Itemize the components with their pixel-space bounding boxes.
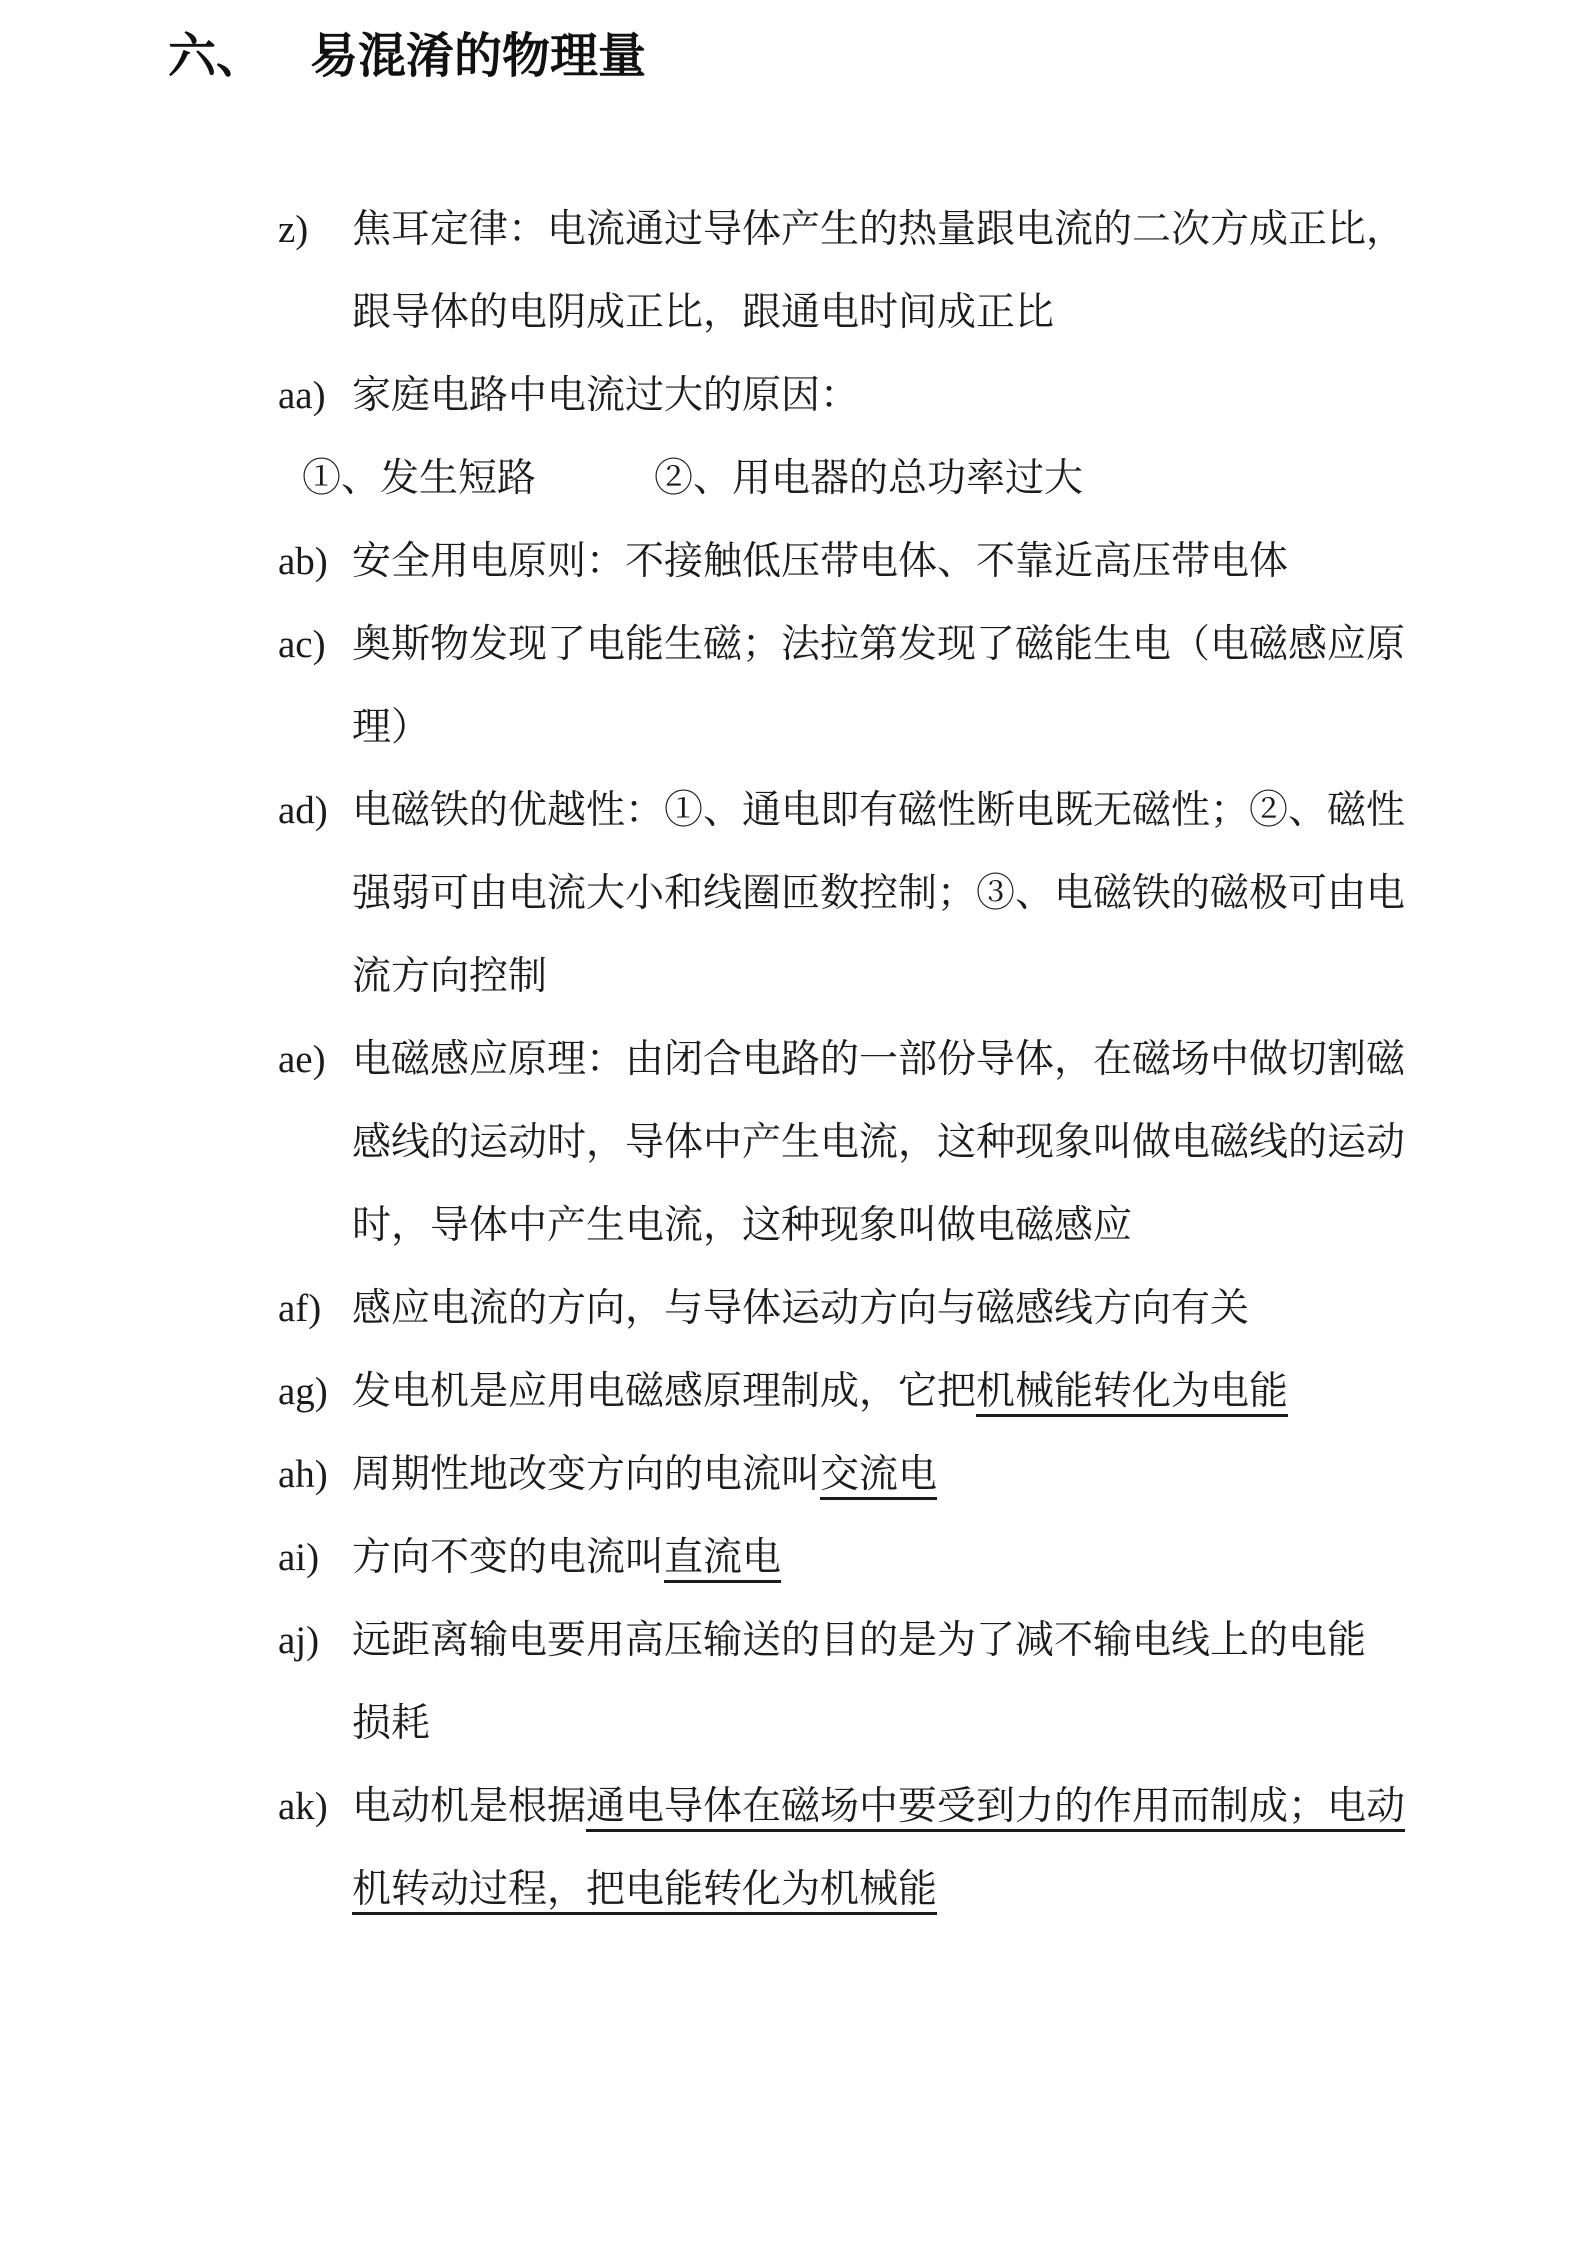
line-text: 跟导体的电阴成正比，跟通电时间成正比: [352, 291, 1054, 334]
line-text: 电动机是根据: [352, 1785, 586, 1828]
list-item-aa: aa)家庭电路中电流过大的原因：: [0, 354, 1587, 437]
line-text: 焦耳定律：电流通过导体产生的热量跟电流的二次方成正比，: [352, 208, 1405, 251]
list-item-continuation: 跟导体的电阴成正比，跟通电时间成正比: [0, 271, 1587, 354]
list-item-continuation: 强弱可由电流大小和线圈匝数控制；③、电磁铁的磁极可由电: [0, 852, 1587, 935]
line-text: 理）: [352, 706, 430, 749]
underlined-text: 直流电: [664, 1536, 781, 1579]
list-marker: af): [278, 1267, 352, 1350]
list-item-continuation: 时，导体中产生电流，这种现象叫做电磁感应: [0, 1184, 1587, 1267]
section-title: 易混淆的物理量: [310, 30, 646, 83]
underlined-text: 机械能转化为电能: [976, 1370, 1288, 1413]
list-marker: ag): [278, 1350, 352, 1433]
list-item-ag: ag)发电机是应用电磁感原理制成，它把机械能转化为电能: [0, 1350, 1587, 1433]
list-marker: aj): [278, 1599, 352, 1682]
list-item-ab: ab)安全用电原则：不接触低压带电体、不靠近高压带电体: [0, 520, 1587, 603]
list-marker: aa): [278, 354, 352, 437]
notes-list: z)焦耳定律：电流通过导体产生的热量跟电流的二次方成正比，跟导体的电阴成正比，跟…: [0, 188, 1587, 1931]
line-text: 家庭电路中电流过大的原因：: [352, 374, 859, 417]
list-marker: ad): [278, 769, 352, 852]
list-item-ad: ad)电磁铁的优越性：①、通电即有磁性断电既无磁性；②、磁性: [0, 769, 1587, 852]
list-item-aj: aj)远距离输电要用高压输送的目的是为了减不输电线上的电能: [0, 1599, 1587, 1682]
line-text: 电磁感应原理：由闭合电路的一部份导体，在磁场中做切割磁: [352, 1038, 1405, 1081]
list-item-af: af)感应电流的方向，与导体运动方向与磁感线方向有关: [0, 1267, 1587, 1350]
list-item-continuation: 感线的运动时，导体中产生电流，这种现象叫做电磁线的运动: [0, 1101, 1587, 1184]
list-item-continuation: 损耗: [0, 1682, 1587, 1765]
list-marker: ai): [278, 1516, 352, 1599]
document-page: z)焦耳定律：电流通过导体产生的热量跟电流的二次方成正比，跟导体的电阴成正比，跟…: [0, 0, 1587, 2245]
list-marker: z): [278, 188, 352, 271]
line-text: 周期性地改变方向的电流叫: [352, 1453, 820, 1496]
list-item-ae: ae)电磁感应原理：由闭合电路的一部份导体，在磁场中做切割磁: [0, 1018, 1587, 1101]
line-text: 感线的运动时，导体中产生电流，这种现象叫做电磁线的运动: [352, 1121, 1405, 1164]
line-text: ②、用电器的总功率过大: [654, 457, 1083, 500]
list-marker: ab): [278, 520, 352, 603]
list-item-ai: ai)方向不变的电流叫直流电: [0, 1516, 1587, 1599]
line-text: 时，导体中产生电流，这种现象叫做电磁感应: [352, 1204, 1132, 1247]
line-text: 奥斯物发现了电能生磁；法拉第发现了磁能生电（电磁感应原: [352, 623, 1405, 666]
line-text: 电磁铁的优越性：①、通电即有磁性断电既无磁性；②、磁性: [352, 789, 1405, 832]
line-text: 流方向控制: [352, 955, 547, 998]
list-marker: ae): [278, 1018, 352, 1101]
underlined-text: 通电导体在磁场中要受到力的作用而制成；电动: [586, 1785, 1405, 1828]
line-text: 安全用电原则：不接触低压带电体、不靠近高压带电体: [352, 540, 1288, 583]
list-item-continuation: ①、发生短路②、用电器的总功率过大: [0, 437, 1587, 520]
list-item-z: z)焦耳定律：电流通过导体产生的热量跟电流的二次方成正比，: [0, 188, 1587, 271]
list-item-ac: ac)奥斯物发现了电能生磁；法拉第发现了磁能生电（电磁感应原: [0, 603, 1587, 686]
underlined-text: 交流电: [820, 1453, 937, 1496]
list-item-ah: ah)周期性地改变方向的电流叫交流电: [0, 1433, 1587, 1516]
section-heading: 六、易混淆的物理量: [0, 12, 1587, 102]
list-item-continuation: 流方向控制: [0, 935, 1587, 1018]
line-text: 感应电流的方向，与导体运动方向与磁感线方向有关: [352, 1287, 1249, 1330]
list-marker: ah): [278, 1433, 352, 1516]
underlined-text: 机转动过程，把电能转化为机械能: [352, 1868, 937, 1911]
list-item-continuation: 理）: [0, 686, 1587, 769]
line-text: ①、发生短路: [302, 457, 536, 500]
list-marker: ac): [278, 603, 352, 686]
line-text: 远距离输电要用高压输送的目的是为了减不输电线上的电能: [352, 1619, 1366, 1662]
line-text: 方向不变的电流叫: [352, 1536, 664, 1579]
line-text: 强弱可由电流大小和线圈匝数控制；③、电磁铁的磁极可由电: [352, 872, 1405, 915]
list-marker: ak): [278, 1765, 352, 1848]
list-item-ak: ak)电动机是根据通电导体在磁场中要受到力的作用而制成；电动: [0, 1765, 1587, 1848]
section-number: 六、: [168, 12, 310, 102]
line-text: 损耗: [352, 1702, 430, 1745]
list-item-continuation: 机转动过程，把电能转化为机械能: [0, 1848, 1587, 1931]
line-text: 发电机是应用电磁感原理制成，它把: [352, 1370, 976, 1413]
